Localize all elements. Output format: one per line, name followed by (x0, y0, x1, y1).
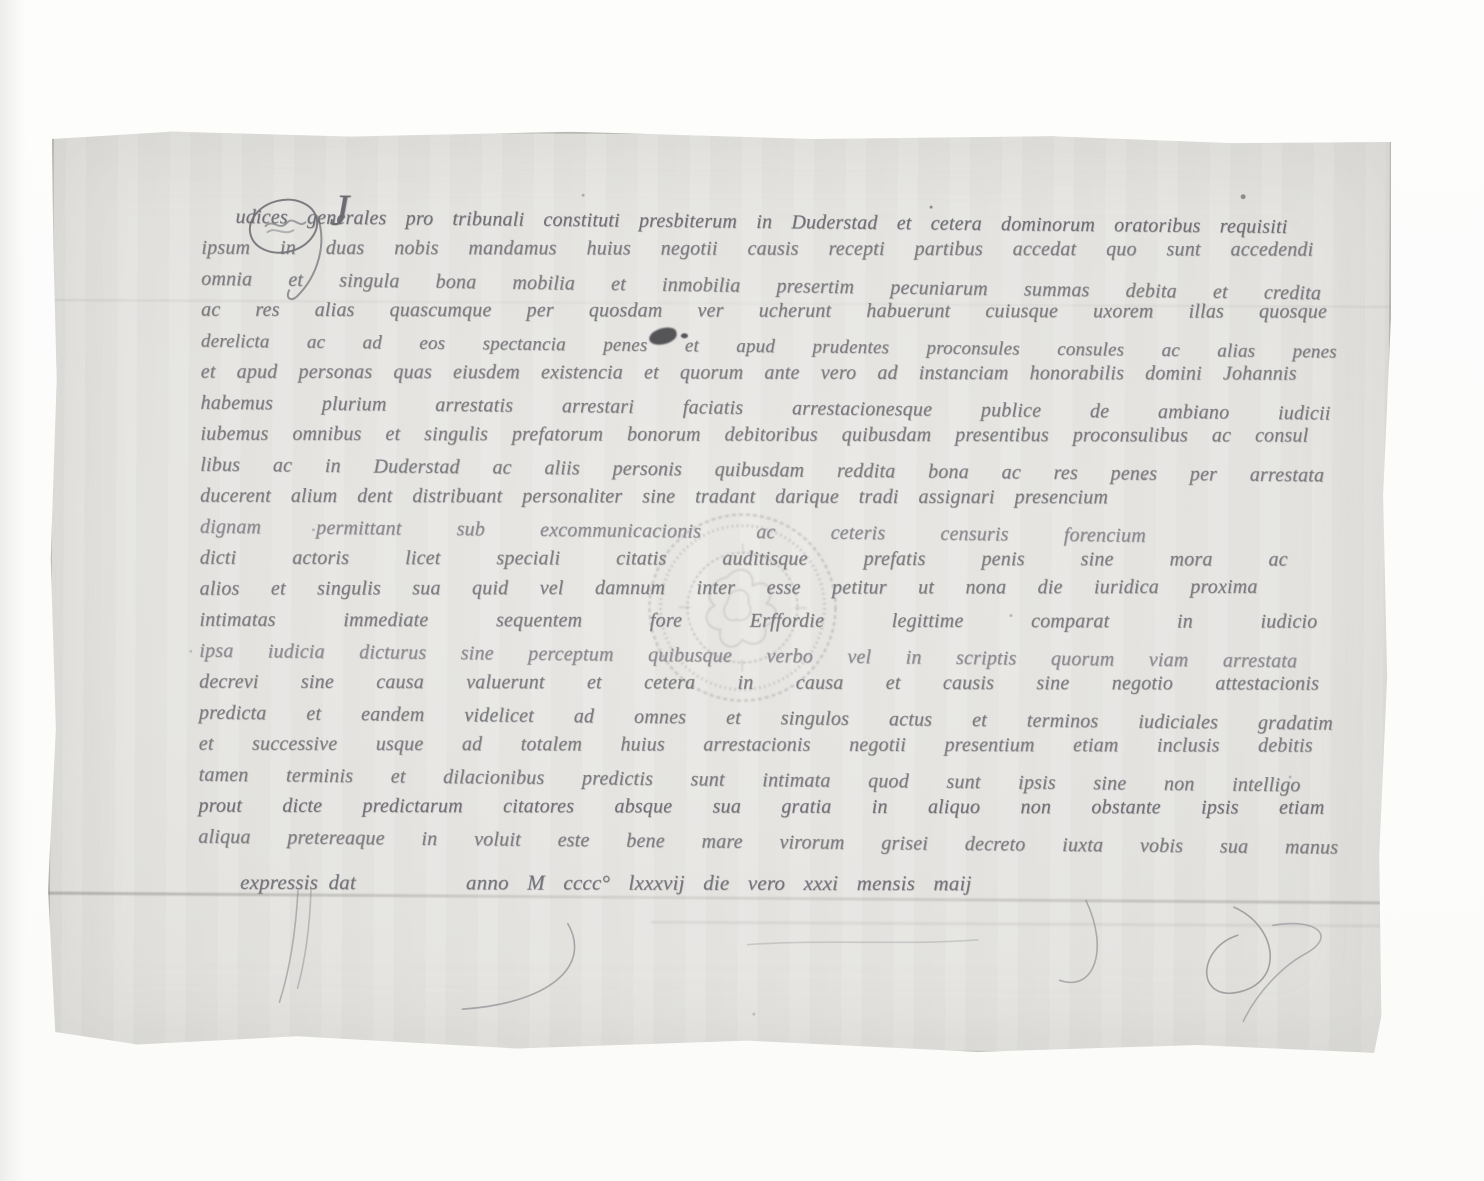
scanner-background: J udices generales pro tribunali constit… (0, 0, 1484, 1181)
manuscript-line: prout dicte predictarum citatores absque… (198, 791, 1324, 824)
date-line-left: expressis dat (240, 867, 356, 898)
date-line: expressis dat anno M cccc° lxxxvij die v… (240, 867, 1280, 900)
manuscript-line: ducerent alium dent distribuant personal… (200, 481, 1108, 514)
manuscript-line: iubemus omnibus et singulis prefatorum b… (200, 419, 1308, 452)
manuscript-line: ipsum in duas nobis mandamus huius negot… (201, 233, 1313, 266)
manuscript-line: aliqua pretereaque in voluit este bene m… (198, 822, 1338, 864)
ink-blot-satellite (681, 333, 688, 338)
scanner-edge-shading (0, 0, 26, 1181)
paper-crease-lower-right (651, 921, 1388, 927)
manuscript-line: decrevi sine causa valuerunt et cetera i… (199, 667, 1319, 700)
manuscript-line: dicti actoris licet speciali citatis aud… (200, 543, 1288, 576)
manuscript-paper-sheet: J udices generales pro tribunali constit… (47, 129, 1392, 1055)
manuscript-line: intimatas immediate sequentem fore Erffo… (199, 605, 1317, 638)
ink-specks (52, 129, 55, 132)
manuscript-line: et successive usque ad totalem huius arr… (199, 729, 1313, 762)
date-line-right: anno M cccc° lxxxvij die vero xxxi mensi… (466, 867, 972, 899)
manuscript-line: et apud personas quas eiusdem existencia… (201, 357, 1297, 390)
manuscript-line: alios et singulis sua quid vel damnum in… (200, 572, 1258, 605)
manuscript-line: ac res alias quascumque per quosdam ver … (201, 295, 1327, 328)
manuscript-text-block: J udices generales pro tribunali constit… (198, 202, 1342, 904)
